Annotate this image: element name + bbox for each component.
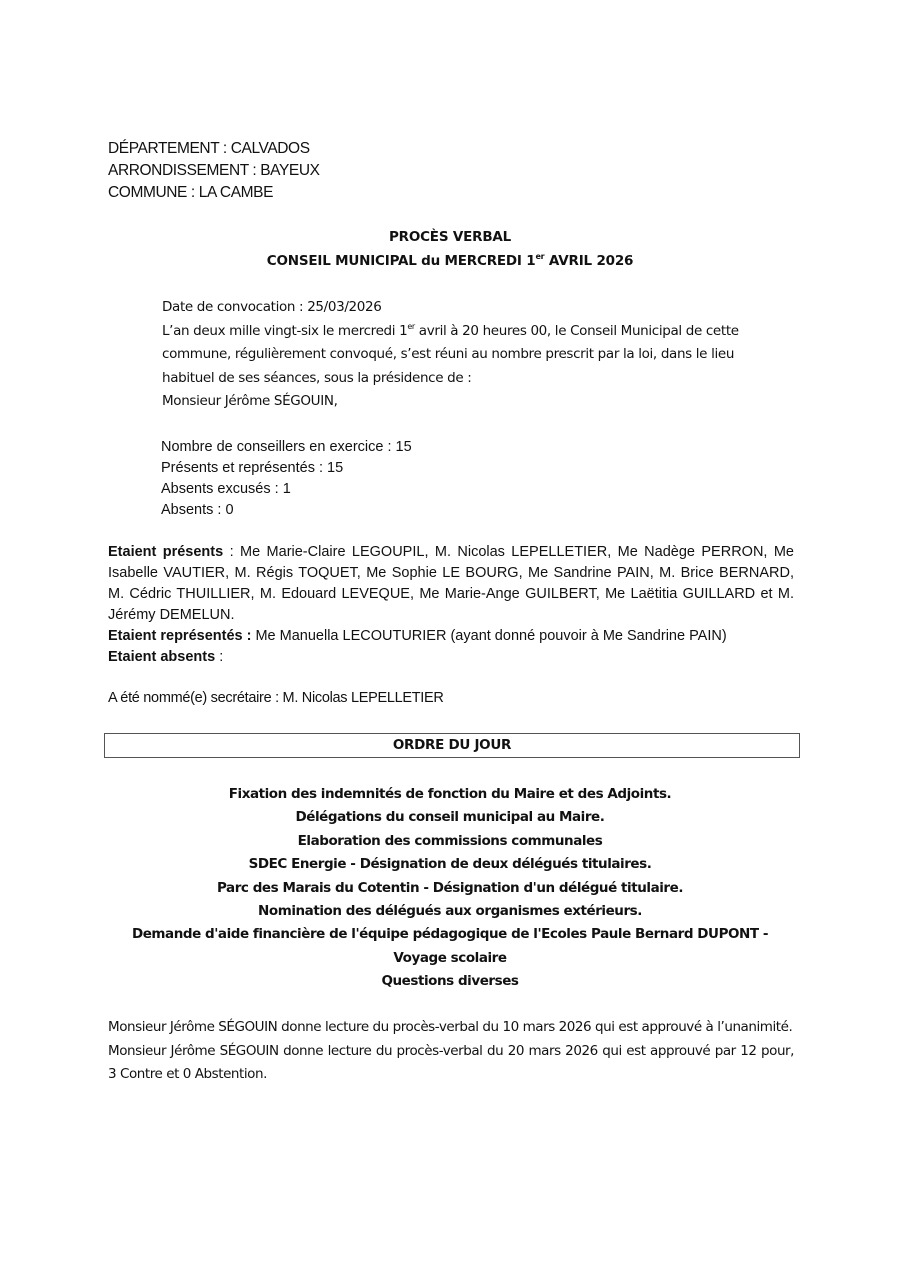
agenda-item: Parc des Marais du Cotentin - Désignatio… bbox=[100, 877, 800, 900]
convocation-date: Date de convocation : 25/03/2026 bbox=[162, 296, 782, 320]
count-presents-representes: Présents et représentés : 15 bbox=[161, 458, 412, 479]
agenda-item: Demande d'aide financière de l'équipe pé… bbox=[100, 923, 800, 970]
agenda-item: Délégations du conseil municipal au Mair… bbox=[100, 806, 800, 829]
agenda-item: Questions diverses bbox=[100, 970, 800, 993]
meeting-title-suffix: AVRIL 2026 bbox=[544, 253, 633, 269]
agenda-heading-box: ORDRE DU JOUR bbox=[104, 733, 800, 758]
departement-line: DÉPARTEMENT : CALVADOS bbox=[108, 138, 310, 160]
meeting-title: CONSEIL MUNICIPAL du MERCREDI 1er AVRIL … bbox=[0, 252, 900, 269]
count-en-exercice: Nombre de conseillers en exercice : 15 bbox=[161, 437, 412, 458]
absents-paragraph: Etaient absents : bbox=[108, 647, 794, 668]
representes-list: Me Manuella LECOUTURIER (ayant donné pou… bbox=[251, 628, 726, 644]
absents-list: : bbox=[215, 649, 223, 665]
presents-paragraph: Etaient présents : Me Marie-Claire LEGOU… bbox=[108, 542, 794, 626]
agenda-item: Fixation des indemnités de fonction du M… bbox=[100, 783, 800, 806]
representes-label: Etaient représentés : bbox=[108, 628, 251, 644]
representes-paragraph: Etaient représentés : Me Manuella LECOUT… bbox=[108, 626, 794, 647]
commune-line: COMMUNE : LA CAMBE bbox=[108, 182, 273, 204]
president-name: Monsieur Jérôme SÉGOUIN, bbox=[162, 390, 782, 414]
intro-block: Date de convocation : 25/03/2026 L’an de… bbox=[162, 296, 782, 414]
attendance-block: Etaient présents : Me Marie-Claire LEGOU… bbox=[108, 542, 794, 668]
meeting-title-prefix: CONSEIL MUNICIPAL du MERCREDI 1 bbox=[267, 253, 536, 269]
agenda-item: SDEC Energie - Désignation de deux délég… bbox=[100, 853, 800, 876]
count-absents-excuses: Absents excusés : 1 bbox=[161, 479, 412, 500]
document-title: PROCÈS VERBAL bbox=[0, 229, 900, 245]
absents-label: Etaient absents bbox=[108, 649, 215, 665]
minutes-approval-20-mars: Monsieur Jérôme SÉGOUIN donne lecture du… bbox=[108, 1040, 794, 1087]
intro-sentence: L’an deux mille vingt-six le mercredi 1e… bbox=[162, 320, 782, 391]
agenda-list: Fixation des indemnités de fonction du M… bbox=[100, 783, 800, 994]
minutes-approval-10-mars: Monsieur Jérôme SÉGOUIN donne lecture du… bbox=[108, 1016, 794, 1040]
document-page: DÉPARTEMENT : CALVADOS ARRONDISSEMENT : … bbox=[0, 0, 900, 1273]
presents-label: Etaient présents bbox=[108, 544, 223, 560]
secretary-line: A été nommé(e) secrétaire : M. Nicolas L… bbox=[108, 690, 444, 706]
agenda-item: Nomination des délégués aux organismes e… bbox=[100, 900, 800, 923]
arrondissement-line: ARRONDISSEMENT : BAYEUX bbox=[108, 160, 320, 182]
counts-block: Nombre de conseillers en exercice : 15 P… bbox=[161, 437, 412, 521]
count-absents: Absents : 0 bbox=[161, 500, 412, 521]
minutes-block: Monsieur Jérôme SÉGOUIN donne lecture du… bbox=[108, 1016, 794, 1087]
agenda-item: Elaboration des commissions communales bbox=[100, 830, 800, 853]
